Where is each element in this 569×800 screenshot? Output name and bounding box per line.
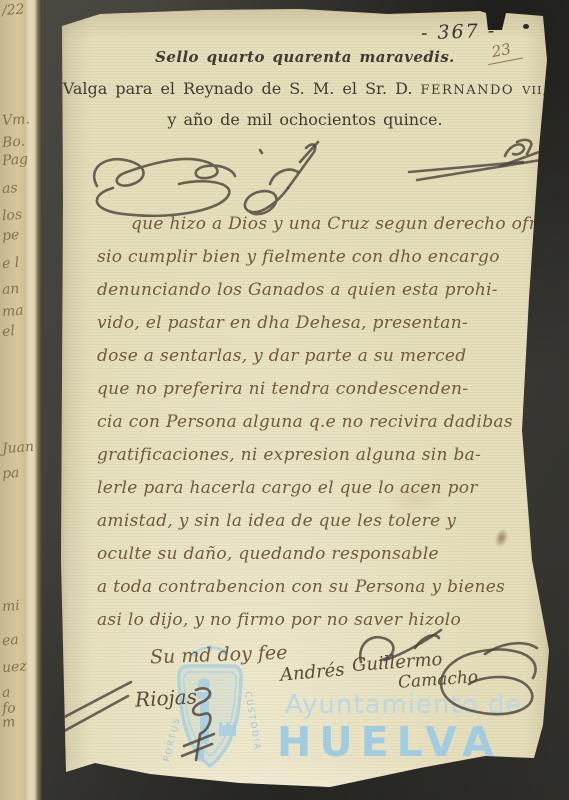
- left-page-text-fragment: mi: [1, 597, 34, 615]
- scanned-archive-photo: { "document": { "archive_numbers": { "fo…: [0, 0, 569, 800]
- watermark-shield-text-custodia: CUSTODIA: [242, 691, 262, 752]
- left-page-text-fragment: uez: [1, 658, 34, 676]
- left-page-text-fragment: Bo.: [1, 133, 34, 151]
- year-line: y año de mil ochocientos quince.: [55, 110, 555, 129]
- rubrica-flourish-right: [405, 138, 550, 194]
- folio-number: - 367 -: [421, 20, 497, 45]
- closing-line: Su md doy fee: [150, 642, 288, 669]
- paper-hole-stain: [523, 24, 529, 29]
- manuscript-line: dose a sentarlas, y dar parte a su merce…: [97, 340, 529, 373]
- seal-line: Sello quarto quarenta maravedis.: [55, 48, 555, 66]
- manuscript-line: que hizo a Dios y una Cruz segun derecho…: [97, 208, 529, 241]
- valga-prefix: Valga para el Reynado de S. M. el Sr. D.: [63, 79, 413, 98]
- manuscript-line: gratificaciones, ni expresion alguna sin…: [97, 439, 529, 472]
- signature-andres: Andrés: [279, 659, 345, 686]
- left-page-text-fragment: el: [1, 322, 34, 340]
- foxing-stain: [385, 478, 445, 518]
- manuscript-line: amistad, y sin la idea de que les tolere…: [97, 505, 529, 538]
- manuscript-line: cia con Persona alguna q.e no recivira d…: [97, 406, 529, 439]
- manuscript-line: vido, el pastar en dha Dehesa, presentan…: [97, 307, 529, 340]
- left-page: /22Vm.Bo.Pagaslospee lanmaelJuanpamieaue…: [0, 0, 42, 800]
- left-page-text-fragment: ea: [1, 631, 34, 649]
- manuscript-line: oculte su daño, quedando responsable: [97, 538, 529, 571]
- printed-header: Sello quarto quarenta maravedis. Valga p…: [55, 48, 555, 129]
- camacho-rubrica-oval: [385, 640, 545, 740]
- manuscript-line: lerle para hacerla cargo el que lo acen …: [97, 472, 529, 505]
- left-page-text-fragment: /22: [1, 1, 34, 19]
- left-page-text-fragment: an: [1, 280, 34, 298]
- left-page-text-fragment: los: [1, 206, 34, 224]
- diagonal-pen-strokes: [55, 670, 145, 750]
- manuscript-line: sio cumplir bien y fielmente con dho enc…: [97, 241, 529, 274]
- manuscript-page: PORTUS CUSTODIA Ayuntamiento de HUELVA -…: [55, 8, 555, 792]
- left-page-text-fragment: Juan: [1, 439, 34, 457]
- manuscript-line: denunciando los Ganados a quien esta pro…: [97, 274, 529, 307]
- king-numeral: VII,: [522, 83, 547, 97]
- left-page-text-fragment: Pag: [1, 151, 34, 169]
- manuscript-line: a toda contrabencion con su Persona y bi…: [97, 571, 529, 604]
- left-page-text-fragment: Vm.: [1, 111, 34, 129]
- left-page-text-fragment: as: [1, 179, 34, 197]
- manuscript-text: que hizo a Dios y una Cruz segun derecho…: [97, 208, 529, 637]
- manuscript-line: que no preferira ni tendra condescenden-: [97, 373, 529, 406]
- left-page-text-fragment: pe: [1, 226, 34, 244]
- manuscript-line: asi lo dijo, y no firmo por no saver hiz…: [97, 604, 529, 637]
- riojas-rubrica: [172, 684, 222, 769]
- left-page-text-fragment: pa: [1, 464, 34, 482]
- valga-line: Valga para el Reynado de S. M. el Sr. D.…: [55, 79, 555, 98]
- left-page-text-fragment: m: [1, 713, 34, 731]
- king-name: Fernando: [421, 83, 515, 98]
- left-page-text-fragment: e l: [1, 254, 34, 272]
- left-page-text-fragment: ma: [1, 302, 34, 320]
